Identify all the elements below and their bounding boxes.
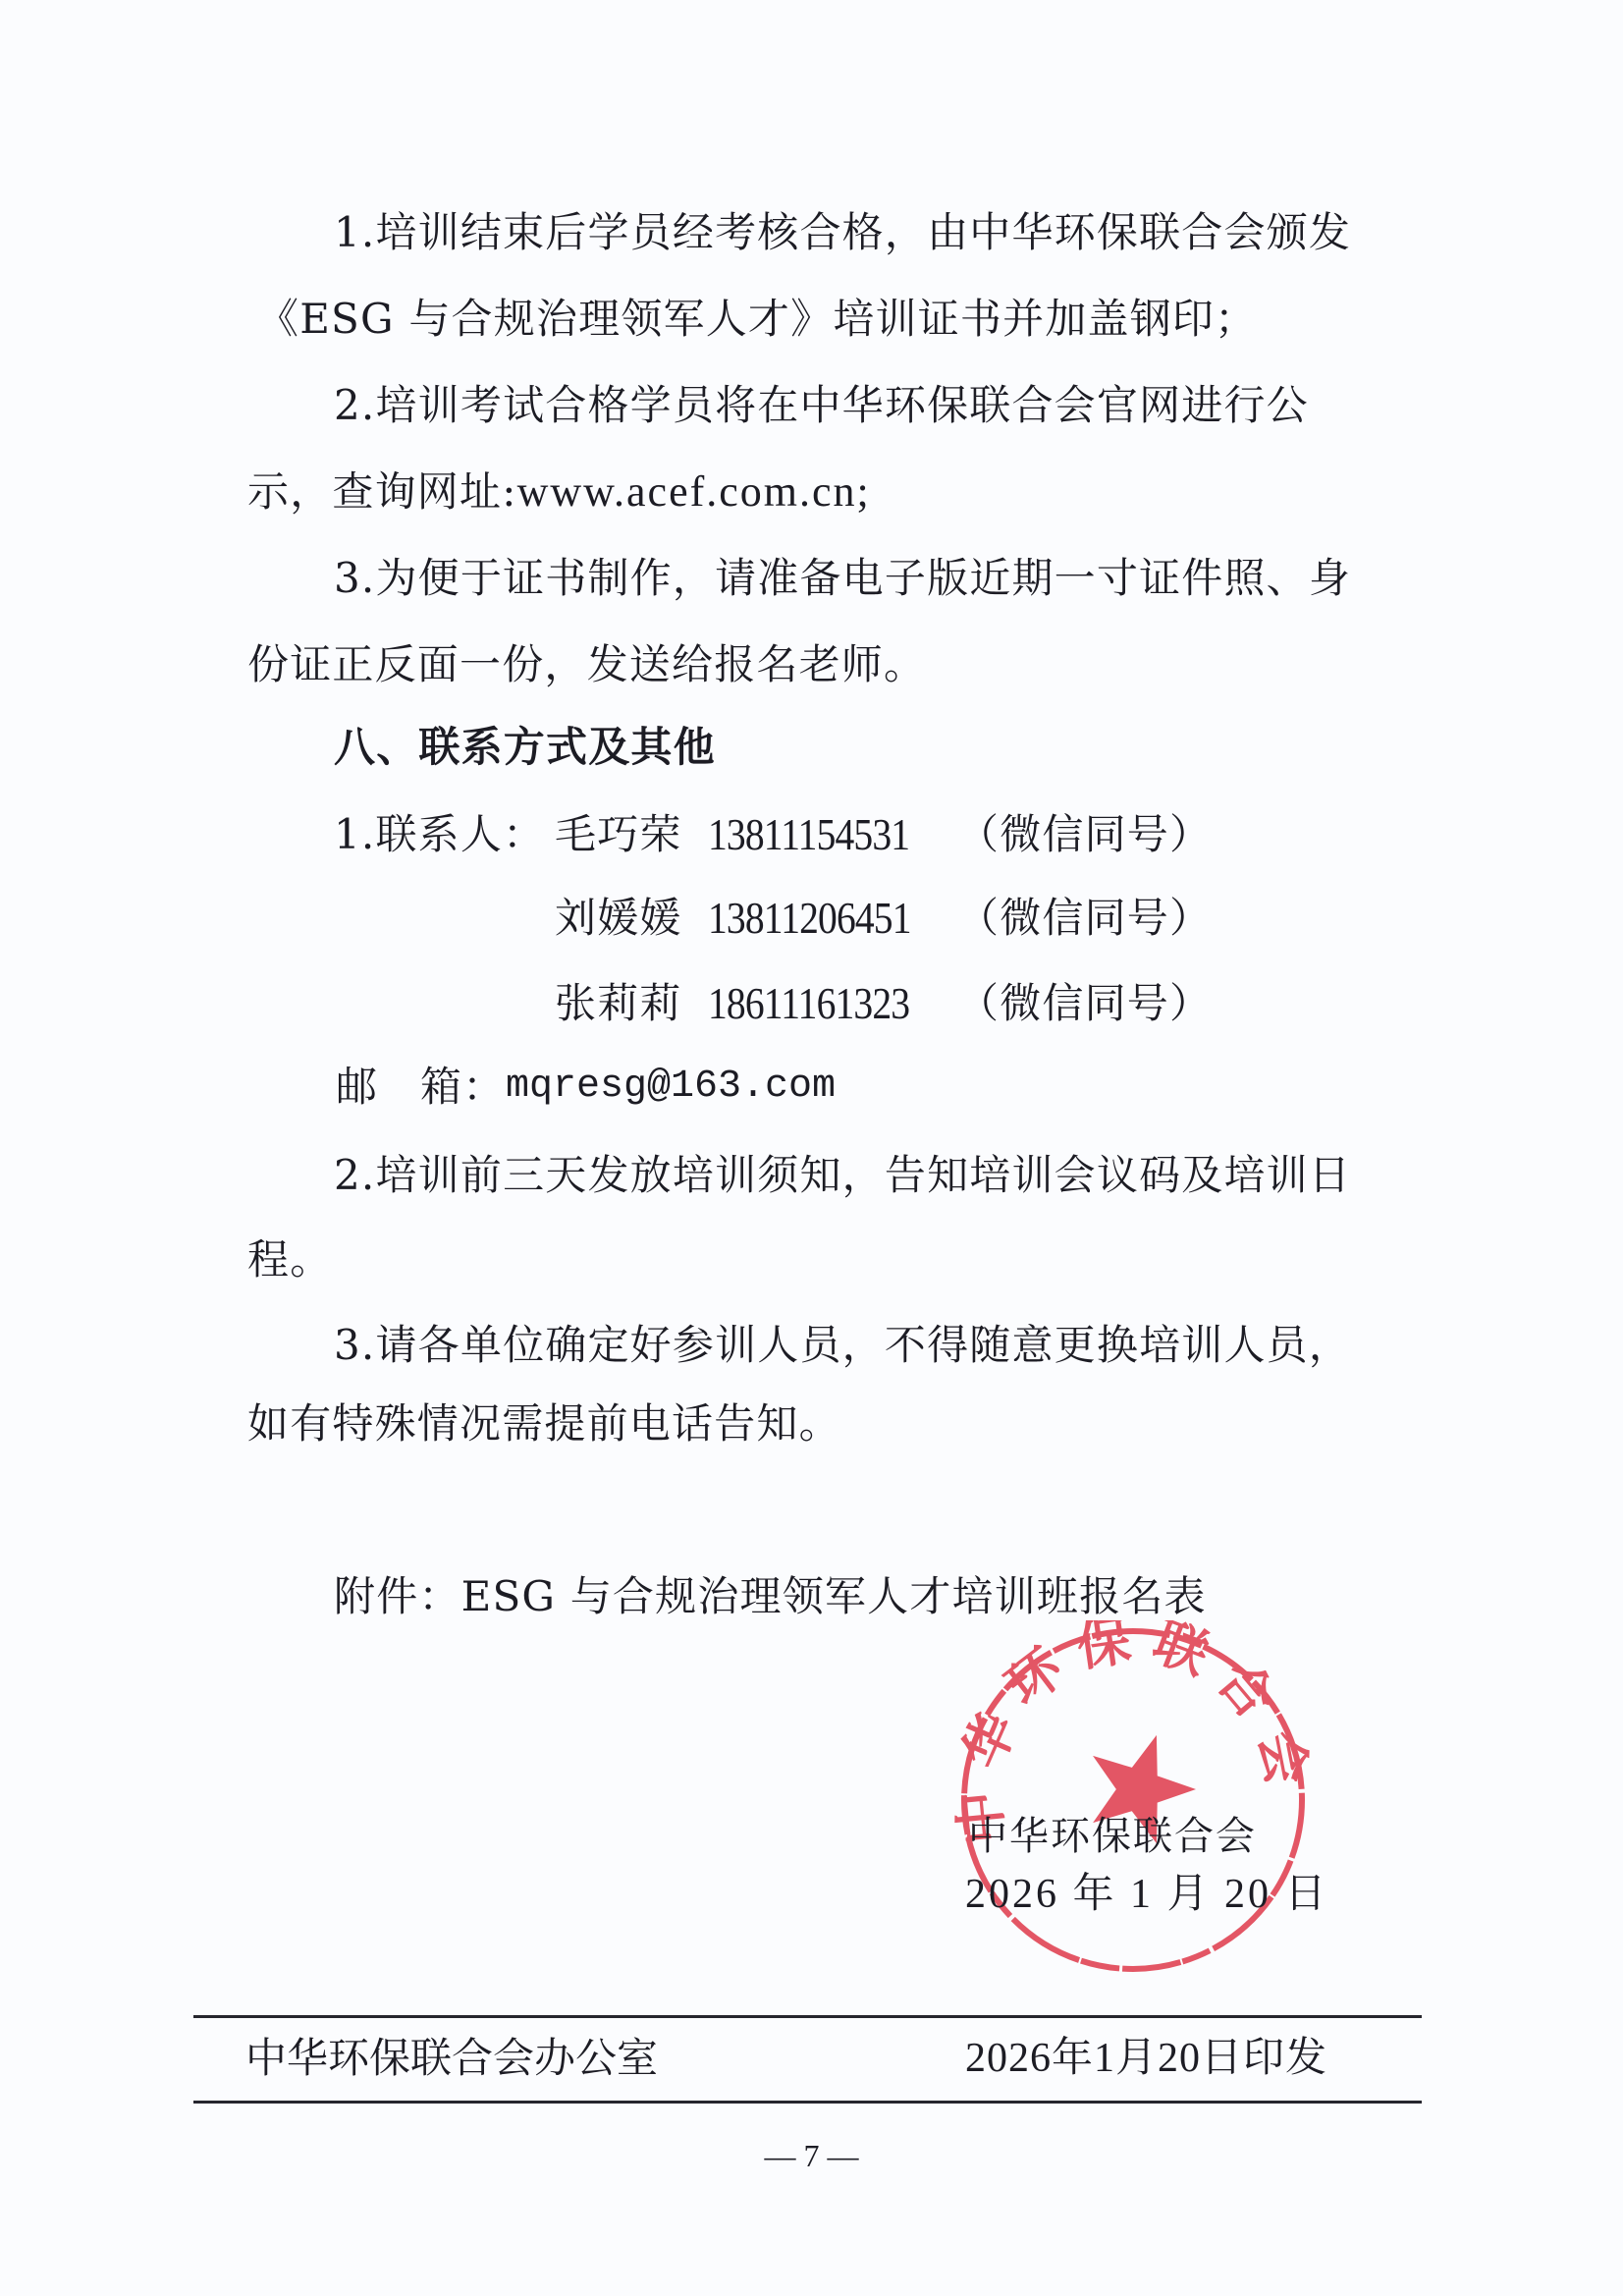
- query-url-link[interactable]: www.acef.com.cn;: [517, 467, 871, 516]
- email-label-part-1: 邮: [336, 1044, 378, 1130]
- page-number: — 7 —: [0, 2131, 1623, 2180]
- contact-row-2: 刘媛媛 13811206451 （微信同号）: [0, 875, 1623, 961]
- notice-item-3-line-2: 如有特殊情况需提前电话告知。: [247, 1381, 1386, 1467]
- footer-office: 中华环保联合会办公室: [245, 2029, 658, 2088]
- certificate-item-1-line-1: 1.培训结束后学员经考核合格，由中华环保联合会颁发: [334, 190, 1473, 276]
- contact-phone[interactable]: 13811206451: [708, 875, 911, 961]
- certificate-item-3-line-2: 份证正反面一份，发送给报名老师。: [247, 622, 1386, 708]
- contact-row-1: 毛巧荣 13811154531 （微信同号）: [0, 792, 1623, 878]
- contact-name: 毛巧荣: [555, 792, 682, 878]
- certificate-item-2-line-1: 2.培训考试合格学员将在中华环保联合会官网进行公: [334, 362, 1473, 449]
- contact-note: （微信同号）: [957, 792, 1212, 878]
- signature-org: 中华环保联合会: [968, 1812, 1257, 1861]
- footer-top-rule: [193, 2015, 1422, 2018]
- section-heading-contact: 八、联系方式及其他: [334, 704, 1473, 791]
- query-url-label: 示，查询网址:: [247, 467, 517, 516]
- contact-phone[interactable]: 18611161323: [708, 960, 909, 1047]
- certificate-item-2-line-2: 示，查询网址:www.acef.com.cn;: [247, 449, 1386, 535]
- notice-item-2-line-2: 程。: [247, 1217, 1386, 1303]
- footer-bottom-rule: [193, 2101, 1422, 2104]
- email-label-part-2: 箱：: [420, 1044, 505, 1130]
- certificate-item-1-line-2: 《ESG 与合规治理领军人才》培训证书并加盖钢印；: [257, 276, 1396, 362]
- contact-note: （微信同号）: [957, 875, 1212, 961]
- contact-phone[interactable]: 13811154531: [708, 792, 909, 878]
- contact-note: （微信同号）: [957, 960, 1212, 1047]
- official-seal-icon: 中华环保联合会: [952, 1620, 1316, 1984]
- email-link[interactable]: mqresg@163.com: [506, 1044, 836, 1130]
- contact-name: 刘媛媛: [555, 875, 682, 961]
- certificate-item-3-line-1: 3.为便于证书制作，请准备电子版近期一寸证件照、身: [334, 535, 1473, 622]
- email-row: 邮 箱： mqresg@163.com: [0, 1044, 1623, 1130]
- contact-row-3: 张莉莉 18611161323 （微信同号）: [0, 960, 1623, 1047]
- notice-item-3-line-1: 3.请各单位确定好参训人员，不得随意更换培训人员，: [334, 1302, 1473, 1389]
- signature-date: 2026 年 1 月 20 日: [965, 1870, 1329, 1919]
- footer-issue-date: 2026年1月20日印发: [965, 2029, 1327, 2088]
- notice-item-2-line-1: 2.培训前三天发放培训须知，告知培训会议码及培训日: [334, 1132, 1473, 1219]
- contact-name: 张莉莉: [555, 960, 682, 1047]
